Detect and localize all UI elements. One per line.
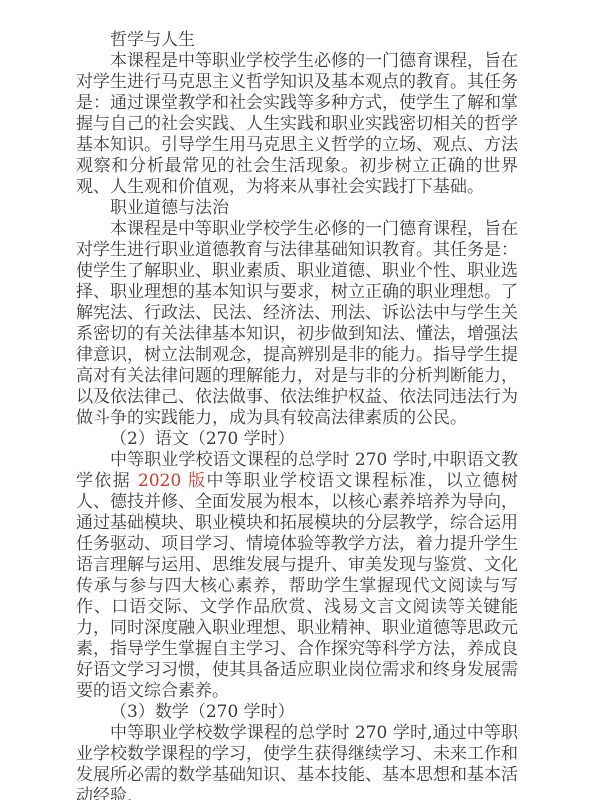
paragraph-ethics-law-course-description: 本课程是中等职业学校学生必修的一门德育课程，旨在对学生进行职业道德教育与法律基础…: [76, 219, 518, 429]
paragraph-philosophy-course-description: 本课程是中等职业学校学生必修的一门德育课程，旨在对学生进行马克思主义哲学知识及基…: [76, 51, 518, 198]
paragraph-math-course-description: 中等职业学校数学课程的总学时 270 学时,通过中等职业学校数学课程的学习，使学…: [76, 723, 518, 800]
paragraph-chinese-course-description: 中等职业学校语文课程的总学时 270 学时,中职语文教学依据 2020 版中等职…: [76, 450, 518, 702]
course-title-chinese-language: （2）语文（270 学时）: [76, 429, 518, 450]
course-title-philosophy-and-life: 哲学与人生: [76, 30, 518, 51]
chinese-paragraph-text-after-highlight: 中等职业学校语文课程标准，以立德树人、德技并修、全面发展为根本，以核心素养培养为…: [76, 471, 518, 701]
course-title-ethics-and-law: 职业道德与法治: [76, 198, 518, 219]
course-title-mathematics: （3）数学（270 学时）: [76, 702, 518, 723]
highlighted-2020-edition-text: 2020 版: [138, 471, 206, 491]
document-page: 哲学与人生 本课程是中等职业学校学生必修的一门德育课程，旨在对学生进行马克思主义…: [0, 0, 600, 800]
document-body: 哲学与人生 本课程是中等职业学校学生必修的一门德育课程，旨在对学生进行马克思主义…: [76, 30, 518, 800]
